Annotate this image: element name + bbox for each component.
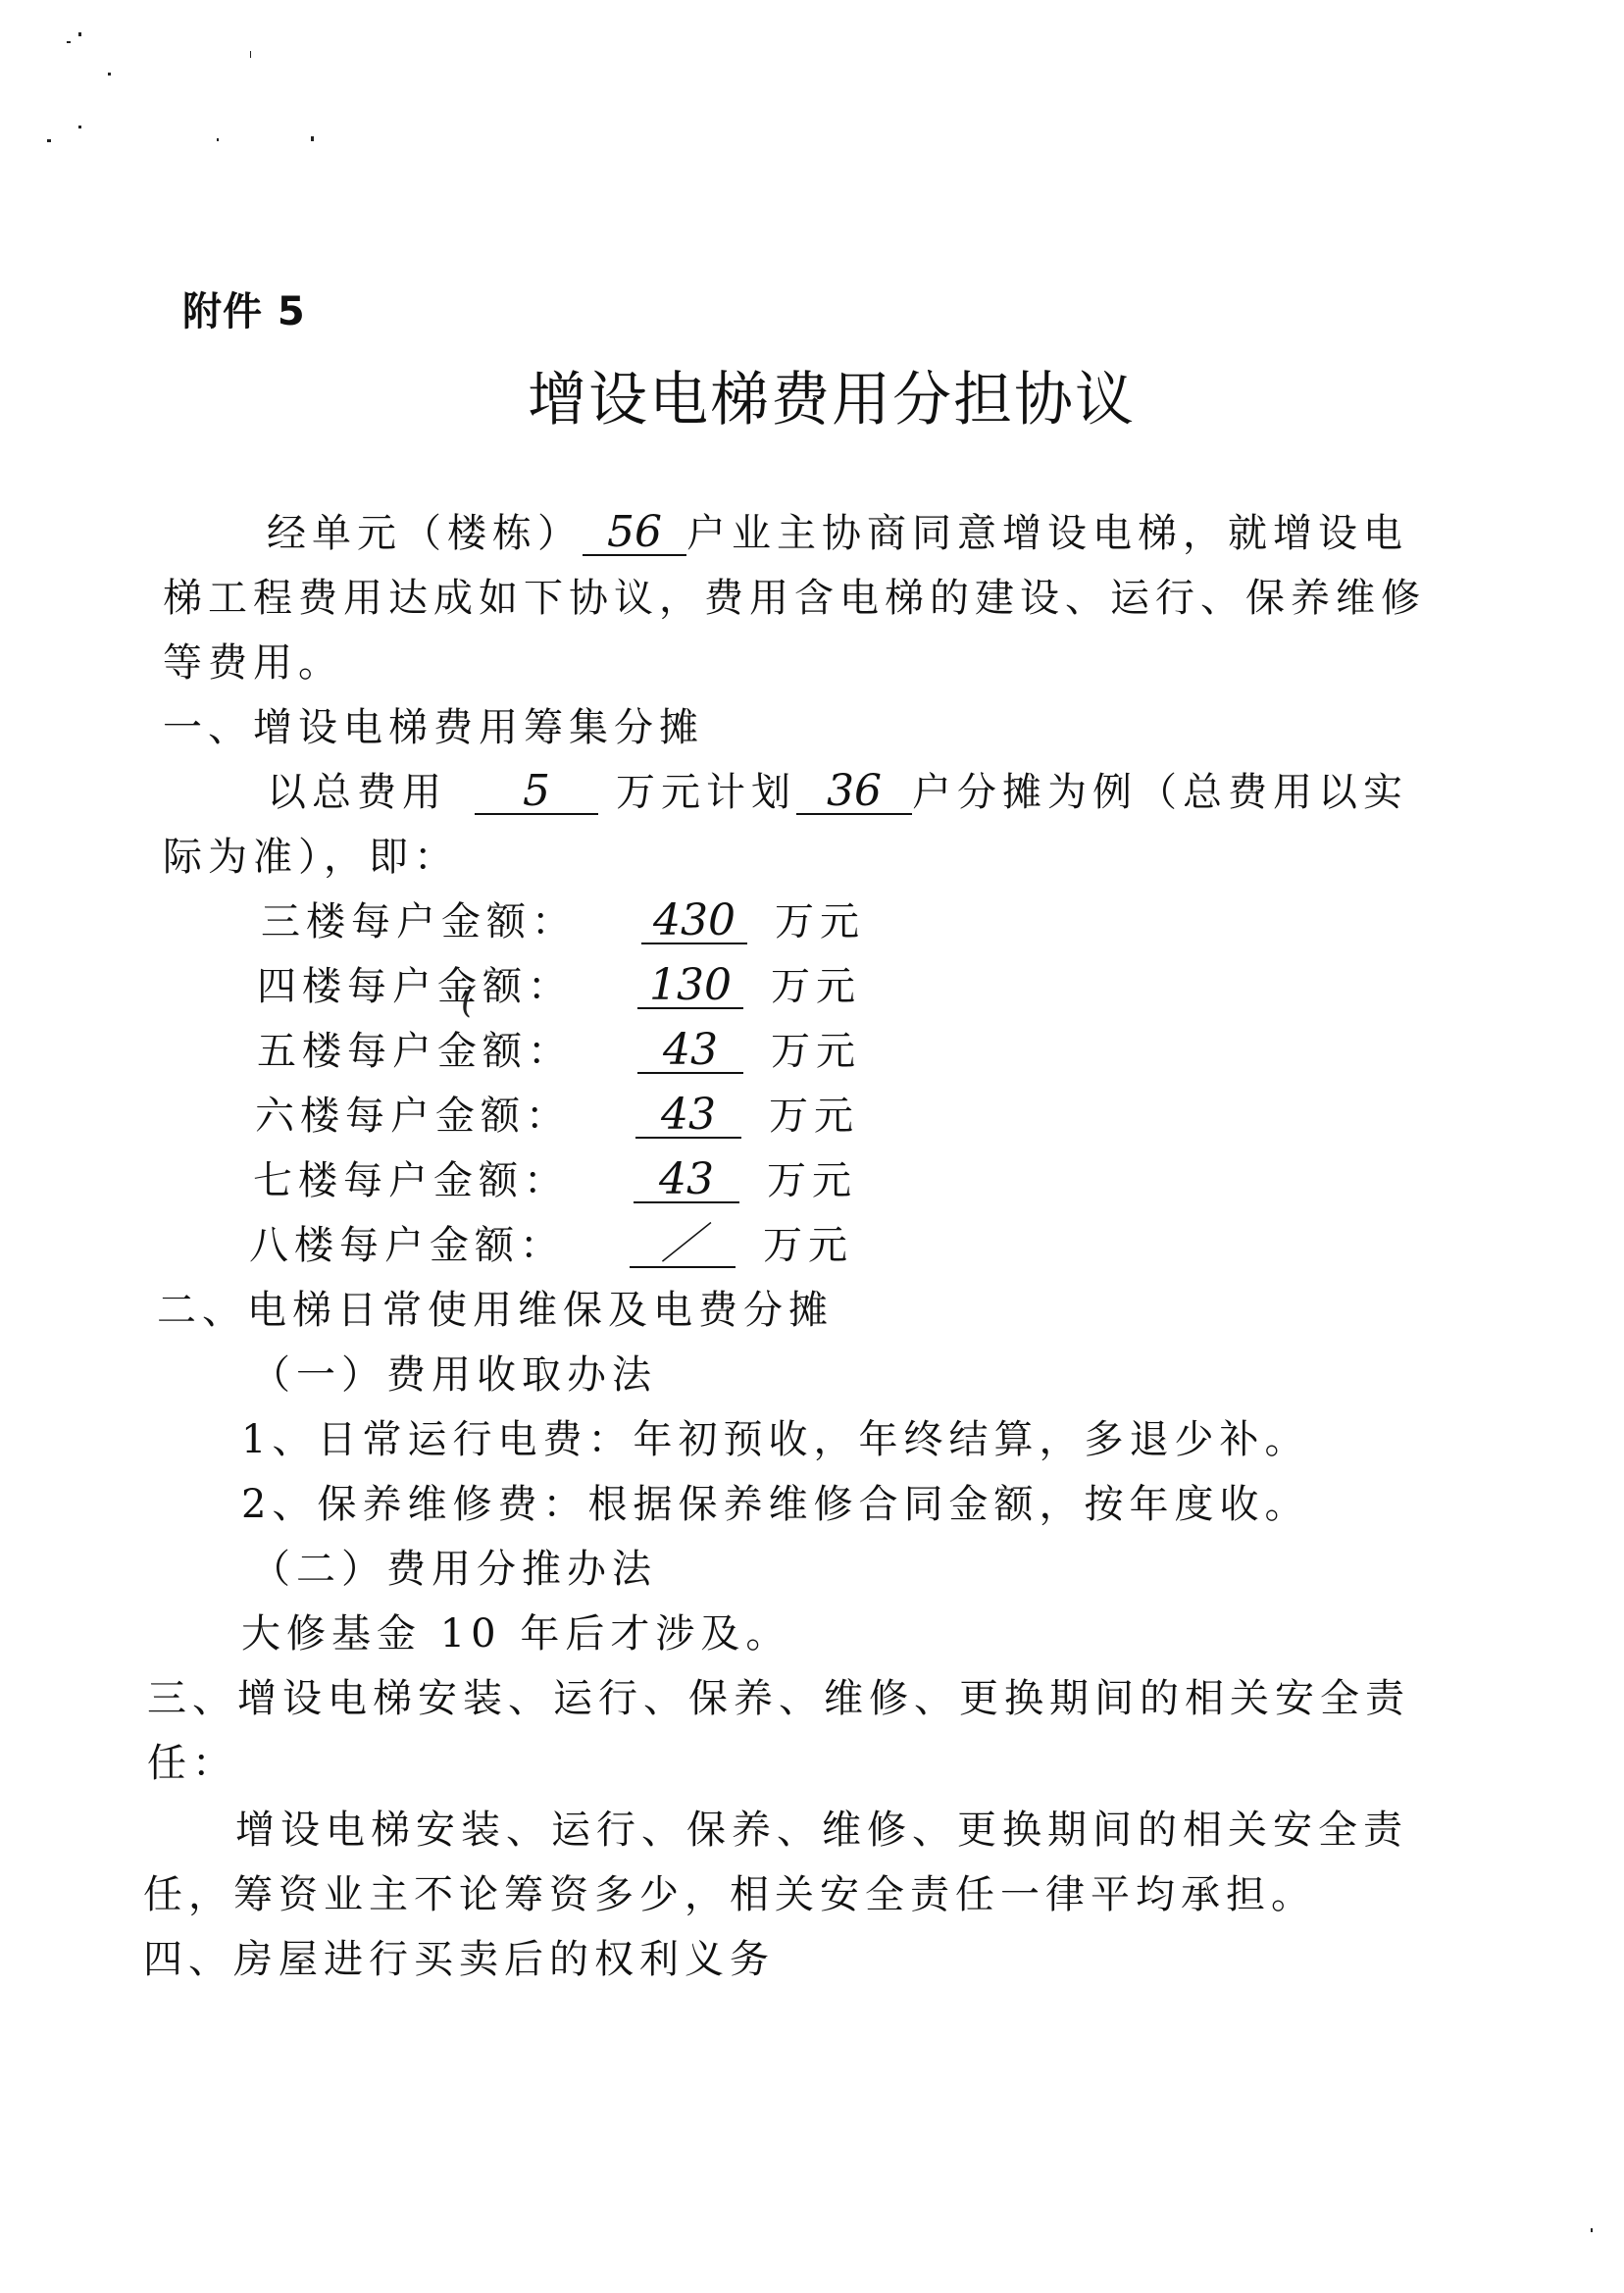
floor-label: 四楼每户金额：	[257, 963, 581, 1010]
floor-amount-row: 七楼每户金额：43万元	[253, 1157, 857, 1204]
scan-speck	[78, 32, 81, 36]
section-3-body-line-1: 增设电梯安装、运行、保养、维修、更换期间的相关安全责	[235, 1807, 1408, 1854]
section-1-heading: 一、增设电梯费用筹集分摊	[163, 704, 704, 751]
floor-unit: 万元	[767, 1157, 857, 1204]
example-mid: 万元计划	[616, 770, 796, 815]
floor-unit: 万元	[775, 898, 865, 945]
document-title: 增设电梯费用分担协议	[0, 353, 1624, 437]
floor-amount-field: 43	[635, 1094, 741, 1139]
scan-speck	[311, 136, 314, 141]
intro-line-1: 经单元（楼栋）56户业主协商同意增设电梯，就增设电	[267, 510, 1408, 557]
floor-amount-row: 六楼每户金额：43万元	[255, 1093, 859, 1140]
floor-unit: 万元	[771, 963, 861, 1010]
section-1-example-line-2: 际为准），即：	[163, 834, 459, 881]
floor-amount-row: 五楼每户金额：43万元	[257, 1028, 861, 1075]
scan-speck	[108, 73, 111, 76]
floor-label: 七楼每户金额：	[253, 1157, 577, 1204]
floor-label: 三楼每户金额：	[261, 898, 584, 945]
section-3-heading-line-2: 任：	[147, 1740, 237, 1787]
section-2-sub1-item: 1、日常运行电费：年初预收，年终结算，多退少补。	[241, 1416, 1309, 1463]
attachment-label: 附件 5	[182, 280, 306, 336]
scan-speck	[47, 139, 51, 142]
floor-amount-field: 43	[637, 1029, 743, 1074]
scan-speck	[250, 51, 251, 58]
total-cost-field: 5	[475, 770, 598, 815]
floor-amount-field: 430	[641, 899, 747, 944]
section-3-body-line-2: 任，筹资业主不论筹资多少，相关安全责任一律平均承担。	[143, 1871, 1316, 1918]
intro-suffix: 户业主协商同意增设电梯，就增设电	[686, 511, 1408, 556]
section-1-example-line-1: 以总费用5万元计划36户分摊为例（总费用以实	[267, 769, 1408, 816]
plan-households-field: 36	[796, 770, 912, 815]
example-suffix: 户分摊为例（总费用以实	[912, 770, 1408, 815]
households-field: 56	[583, 511, 686, 556]
section-2-sub2-heading: （二）费用分推办法	[251, 1546, 657, 1593]
section-4-heading: 四、房屋进行买卖后的权利义务	[143, 1936, 775, 1983]
section-2-heading: 二、电梯日常使用维保及电费分摊	[157, 1287, 834, 1334]
stray-pen-mark: (	[461, 981, 475, 1021]
scan-speck	[78, 126, 81, 128]
floor-unit: 万元	[769, 1093, 859, 1140]
section-3-heading-line-1: 三、增设电梯安装、运行、保养、维修、更换期间的相关安全责	[147, 1675, 1410, 1722]
floor-amount-field: 130	[637, 964, 743, 1009]
floor-amount-field: ／	[630, 1223, 736, 1268]
section-2-sub1-item: 2、保养维修费：根据保养维修合同金额，按年度收。	[241, 1481, 1309, 1528]
floor-amount-row: 三楼每户金额：430万元	[261, 898, 865, 945]
floor-label: 八楼每户金额：	[249, 1222, 573, 1269]
example-prefix: 以总费用	[267, 770, 447, 815]
floor-amount-row: 八楼每户金额：／万元	[249, 1222, 853, 1269]
intro-line-3: 等费用。	[163, 639, 343, 687]
floor-amount-row: 四楼每户金额：130万元	[257, 963, 861, 1010]
intro-line-2: 梯工程费用达成如下协议，费用含电梯的建设、运行、保养维修	[163, 575, 1426, 622]
floor-unit: 万元	[763, 1222, 853, 1269]
scan-speck	[217, 138, 219, 141]
floor-label: 六楼每户金额：	[255, 1093, 579, 1140]
floor-amount-field: 43	[634, 1158, 739, 1203]
intro-prefix: 经单元（楼栋）	[267, 511, 583, 556]
section-2-sub1-heading: （一）费用收取办法	[251, 1351, 657, 1399]
section-2-sub2-text: 大修基金 10 年后才涉及。	[241, 1610, 790, 1657]
scan-speck	[67, 41, 71, 43]
scan-speck	[1591, 2228, 1593, 2232]
floor-unit: 万元	[771, 1028, 861, 1075]
floor-label: 五楼每户金额：	[257, 1028, 581, 1075]
